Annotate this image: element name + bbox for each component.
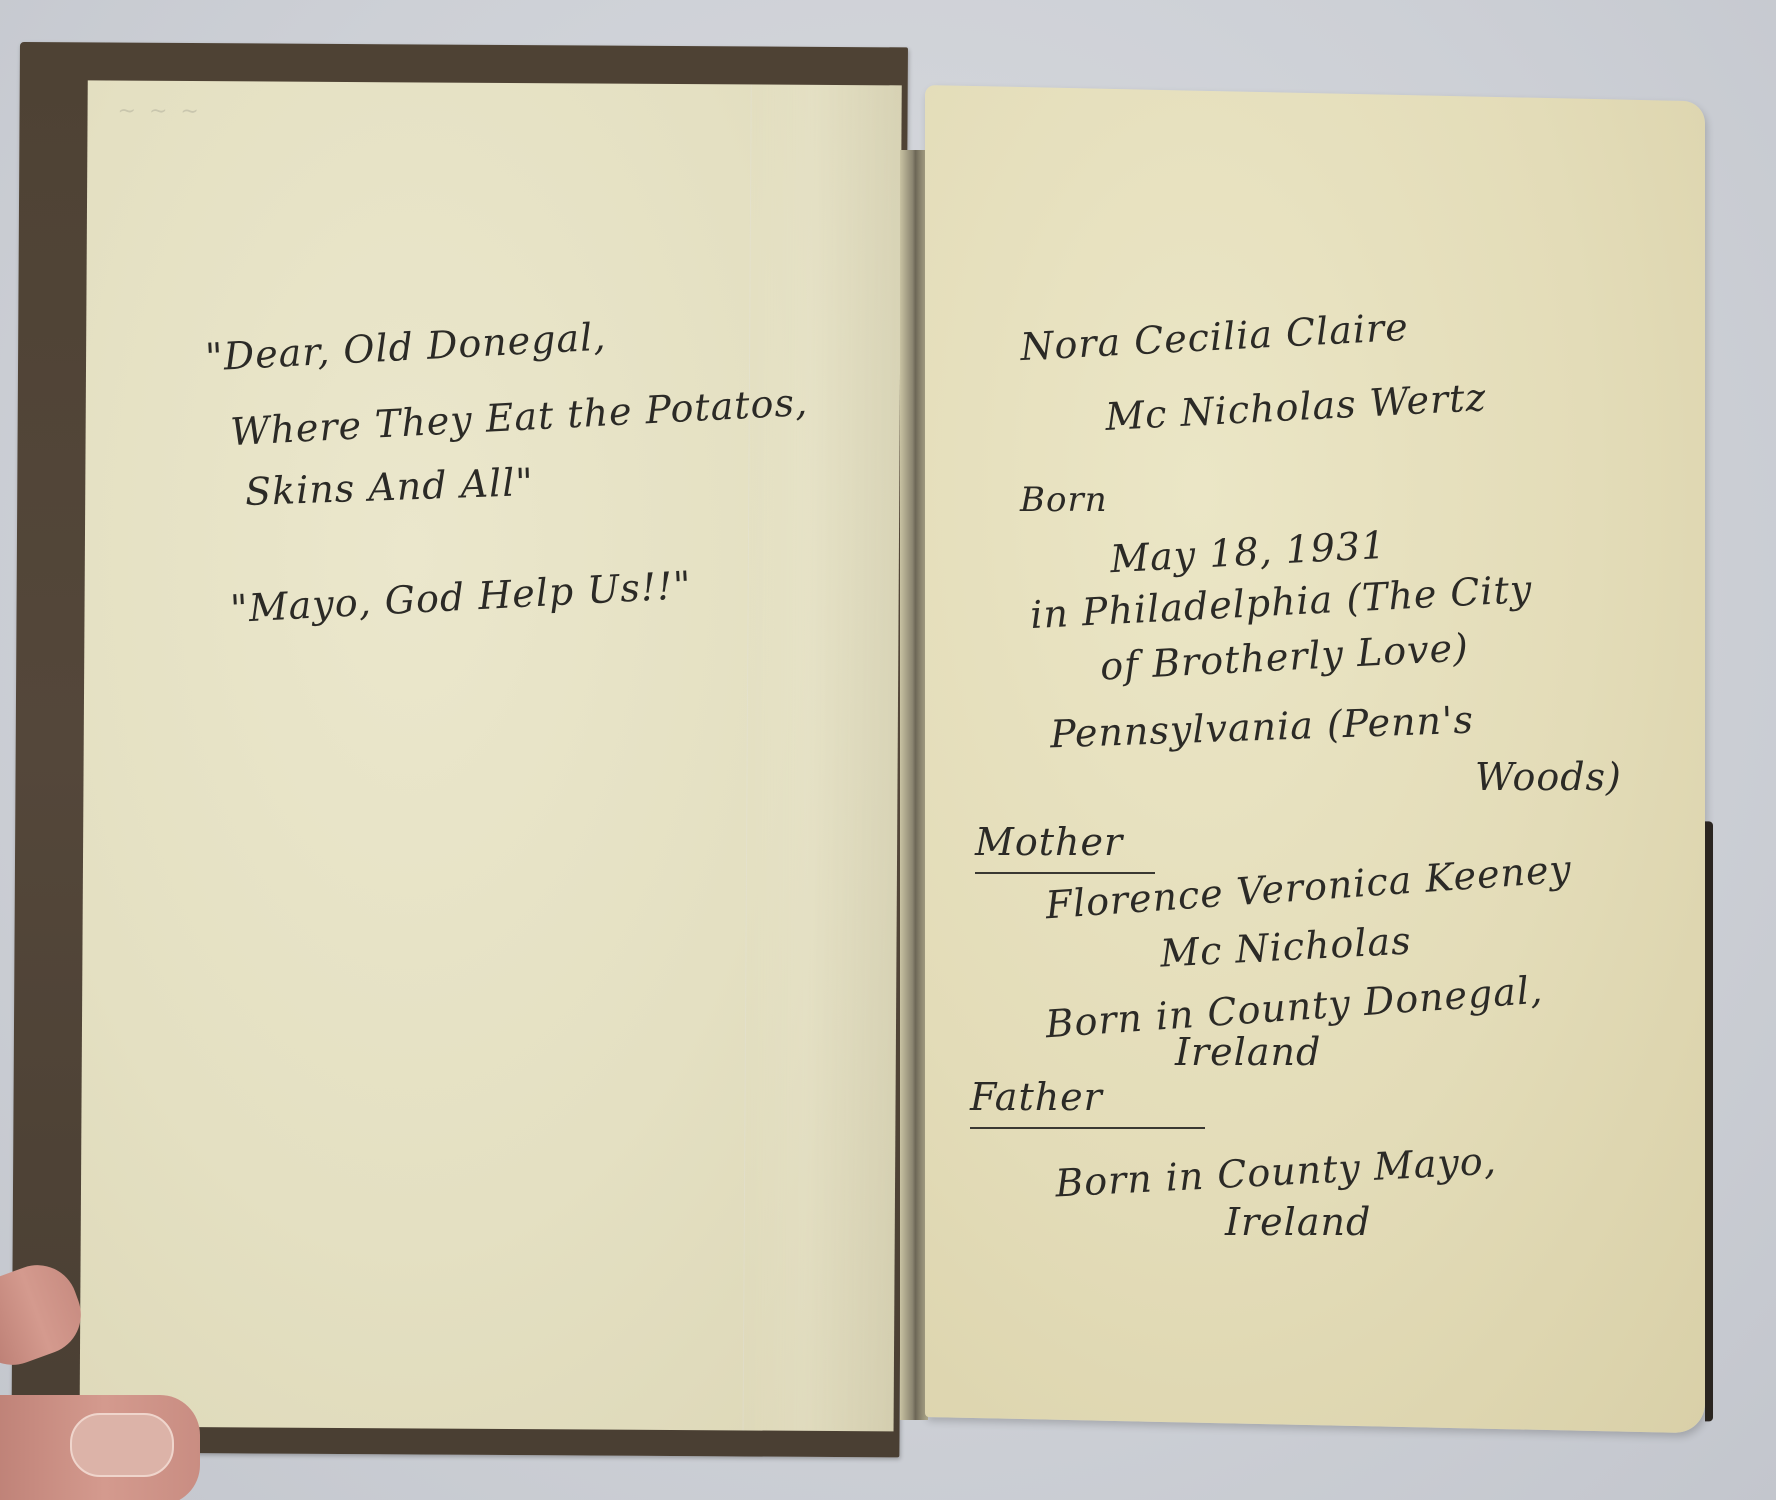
book-front-cover: ~ ~ ~ bbox=[11, 42, 908, 1457]
born-state-line-2: Woods) bbox=[1475, 755, 1622, 799]
faint-pencil-mark: ~ ~ ~ bbox=[118, 99, 202, 125]
father-born-line-2: Ireland bbox=[1225, 1200, 1371, 1244]
hand-thumb bbox=[0, 1395, 200, 1500]
book-gutter bbox=[900, 150, 928, 1420]
father-label: Father bbox=[970, 1075, 1205, 1129]
photo-scene: ~ ~ ~ "Dear, Old Donegal, Where They Eat… bbox=[0, 0, 1776, 1500]
thumbnail bbox=[70, 1413, 174, 1477]
front-pastedown: ~ ~ ~ bbox=[80, 80, 902, 1431]
pastedown-hinge-flap bbox=[743, 84, 902, 1431]
page-edge-shadow bbox=[1705, 821, 1713, 1421]
born-label: Born bbox=[1020, 480, 1108, 520]
mother-born-line-2: Ireland bbox=[1175, 1030, 1321, 1074]
mother-label: Mother bbox=[975, 820, 1155, 874]
